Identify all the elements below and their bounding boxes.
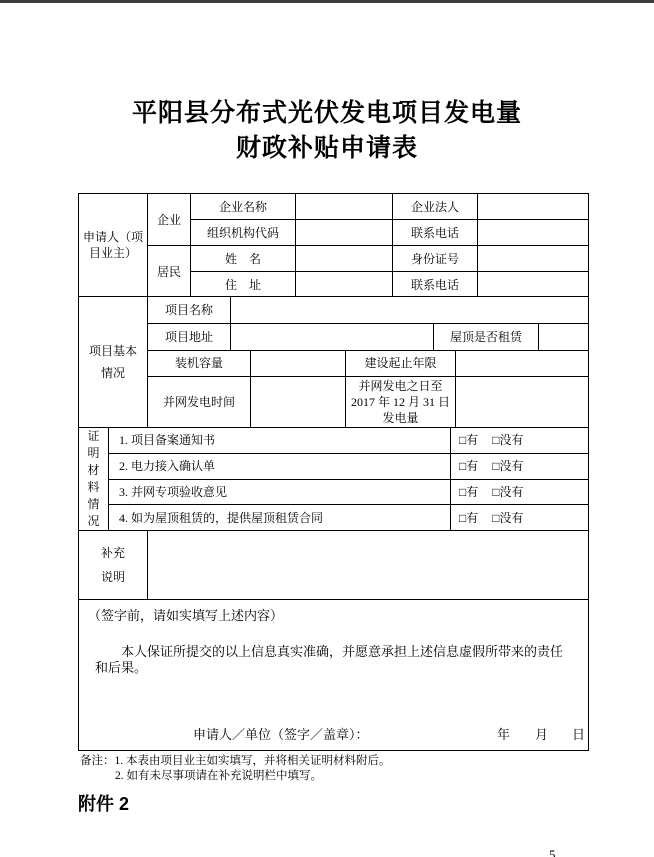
materials-header-cell: 证明材料情况 [79, 428, 109, 530]
date-month-label: 月 [535, 727, 548, 743]
table-row: 4. 如为屋顶租赁的，提供屋顶租赁合同 □有 □没有 [109, 505, 588, 530]
supplement-input[interactable] [148, 531, 588, 599]
roof-rented-label: 屋顶是否租赁 [434, 324, 539, 350]
generation-amount-label: 并网发电之日至 2017 年 12 月 31 日 发电量 [346, 377, 456, 427]
legal-person-input[interactable] [478, 194, 588, 219]
table-row: 3. 并网专项验收意见 □有 □没有 [109, 480, 588, 506]
material-3-have-checkbox[interactable]: □有 [459, 484, 478, 500]
signature-label: 申请人／单位（签字／盖章）： [193, 727, 369, 743]
application-form-table: 申请人（项目业主） 企业 企业名称 企业法人 [78, 193, 589, 751]
enterprise-type-label: 企业 [157, 212, 181, 228]
table-row: 住 址 联系电话 [191, 272, 588, 297]
resident-name-input[interactable] [296, 246, 393, 271]
supplement-header-cell: 补充说明 [79, 531, 148, 599]
resident-phone-label: 联系电话 [393, 272, 478, 297]
applicant-header-cell: 申请人（项目业主） [79, 194, 148, 296]
resident-phone-input[interactable] [478, 272, 588, 297]
enterprise-name-label: 企业名称 [191, 194, 296, 219]
table-row: 项目地址 屋顶是否租赁 [148, 324, 588, 351]
id-number-label: 身份证号 [393, 246, 478, 271]
signature-section: （签字前，请如实填写上述内容） 本人保证所提交的以上信息真实准确，并愿意承担上述… [79, 600, 588, 750]
top-bar [0, 0, 654, 3]
project-address-input[interactable] [231, 324, 434, 350]
grid-time-label: 并网发电时间 [148, 377, 251, 427]
resident-type-cell: 居民 [148, 246, 191, 297]
project-address-label: 项目地址 [148, 324, 231, 350]
materials-section: 证明材料情况 1. 项目备案通知书 □有 □没有 2. 电力接入确认单 □有 □… [79, 428, 588, 531]
address-input[interactable] [296, 272, 393, 297]
material-4-have-checkbox[interactable]: □有 [459, 510, 478, 526]
page-number: 5 [549, 847, 556, 857]
construction-period-input[interactable] [456, 351, 588, 377]
material-2-none-checkbox[interactable]: □没有 [492, 458, 523, 474]
materials-header-label: 证明材料情况 [87, 428, 101, 530]
material-3-checkboxes: □有 □没有 [451, 480, 588, 505]
material-1-none-checkbox[interactable]: □没有 [492, 432, 523, 448]
material-4-checkboxes: □有 □没有 [451, 505, 588, 530]
form-title: 平阳县分布式光伏发电项目发电量 财政补贴申请表 [0, 96, 654, 166]
resident-type-label: 居民 [157, 264, 181, 280]
material-item-3: 3. 并网专项验收意见 [109, 480, 451, 505]
table-row: 1. 项目备案通知书 □有 □没有 [109, 428, 588, 454]
resident-group: 居民 姓 名 身份证号 住 址 联系电话 [148, 246, 588, 297]
form-title-line2: 财政补贴申请表 [0, 131, 654, 166]
table-row: 并网发电时间 并网发电之日至 2017 年 12 月 31 日 发电量 [148, 377, 588, 427]
grid-time-input[interactable] [251, 377, 346, 427]
attachment-label: 附件 2 [78, 790, 129, 816]
enterprise-group: 企业 企业名称 企业法人 组织机构代码 联系电话 [148, 194, 588, 246]
material-4-none-checkbox[interactable]: □没有 [492, 510, 523, 526]
material-1-checkboxes: □有 □没有 [451, 428, 588, 453]
material-3-none-checkbox[interactable]: □没有 [492, 484, 523, 500]
material-2-have-checkbox[interactable]: □有 [459, 458, 478, 474]
org-code-input[interactable] [296, 220, 393, 245]
id-number-input[interactable] [478, 246, 588, 271]
enterprise-phone-label: 联系电话 [393, 220, 478, 245]
table-row: 项目名称 [148, 297, 588, 324]
enterprise-phone-input[interactable] [478, 220, 588, 245]
material-item-2: 2. 电力接入确认单 [109, 454, 451, 479]
table-row: 企业名称 企业法人 [191, 194, 588, 220]
material-2-checkboxes: □有 □没有 [451, 454, 588, 479]
project-name-input[interactable] [231, 297, 588, 323]
construction-period-label: 建设起止年限 [346, 351, 456, 377]
enterprise-type-cell: 企业 [148, 194, 191, 245]
material-1-have-checkbox[interactable]: □有 [459, 432, 478, 448]
project-section: 项目基本情况 项目名称 项目地址 屋顶是否租赁 装机容量 建设起止年限 [79, 297, 588, 428]
roof-rented-input[interactable] [539, 324, 588, 350]
project-name-label: 项目名称 [148, 297, 231, 323]
document-page: 平阳县分布式光伏发电项目发电量 财政补贴申请表 申请人（项目业主） 企业 企业名… [0, 0, 654, 857]
signature-row: 申请人／单位（签字／盖章）： 年 月 日 [79, 727, 588, 744]
table-row: 2. 电力接入确认单 □有 □没有 [109, 454, 588, 480]
address-label: 住 址 [191, 272, 296, 297]
footer-notes: 备注：1. 本表由项目业主如实填写，并将相关证明材料附后。 2. 如有未尽事项请… [80, 754, 391, 784]
capacity-label: 装机容量 [148, 351, 251, 377]
form-title-line1: 平阳县分布式光伏发电项目发电量 [0, 96, 654, 131]
pre-sign-note: （签字前，请如实填写上述内容） [88, 608, 283, 624]
table-row: 姓 名 身份证号 [191, 246, 588, 272]
footer-note-line1: 备注：1. 本表由项目业主如实填写，并将相关证明材料附后。 [80, 754, 391, 769]
resident-name-label: 姓 名 [191, 246, 296, 271]
supplement-section: 补充说明 [79, 531, 588, 600]
table-row: 装机容量 建设起止年限 [148, 351, 588, 378]
material-item-4: 4. 如为屋顶租赁的，提供屋顶租赁合同 [109, 505, 451, 530]
supplement-header-label: 补充说明 [100, 541, 126, 589]
date-day-label: 日 [572, 727, 585, 743]
applicant-section: 申请人（项目业主） 企业 企业名称 企业法人 [79, 194, 588, 297]
org-code-label: 组织机构代码 [191, 220, 296, 245]
table-row: 组织机构代码 联系电话 [191, 220, 588, 245]
legal-person-label: 企业法人 [393, 194, 478, 219]
notes-line2: 2. 如有未尽事项请在补充说明栏中填写。 [115, 769, 391, 784]
generation-amount-input[interactable] [456, 377, 588, 427]
enterprise-name-input[interactable] [296, 194, 393, 219]
date-year-label: 年 [497, 727, 510, 743]
notes-line1: 1. 本表由项目业主如实填写，并将相关证明材料附后。 [115, 755, 391, 767]
notes-prefix: 备注： [80, 755, 115, 767]
declaration-text: 本人保证所提交的以上信息真实准确，并愿意承担上述信息虚假所带来的责任和后果。 [79, 644, 588, 676]
applicant-header-label: 申请人（项目业主） [82, 229, 144, 261]
project-header-label: 项目基本情况 [88, 340, 138, 384]
project-header-cell: 项目基本情况 [79, 297, 148, 427]
capacity-input[interactable] [251, 351, 346, 377]
material-item-1: 1. 项目备案通知书 [109, 428, 451, 453]
